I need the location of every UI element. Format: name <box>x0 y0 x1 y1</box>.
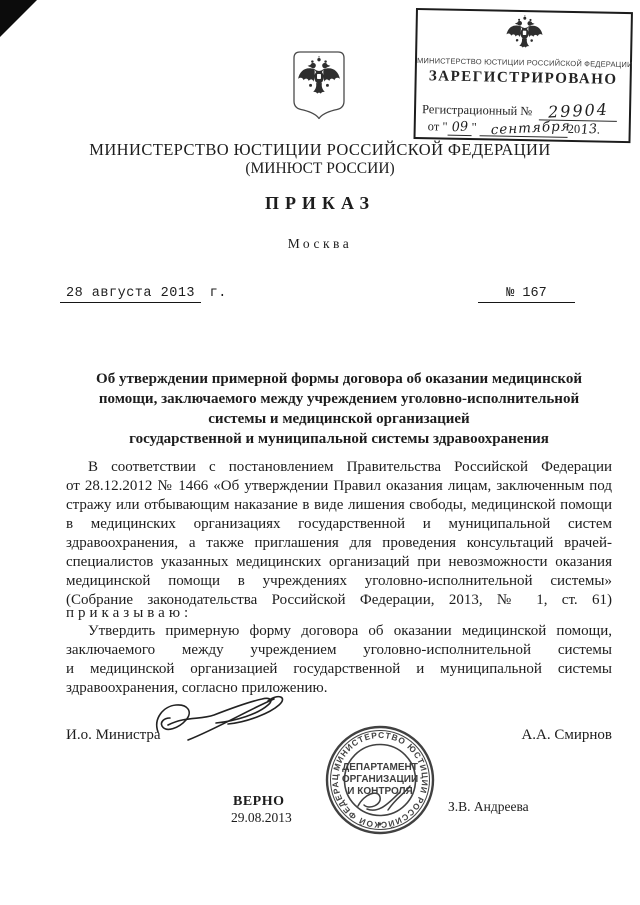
order-number: № 167 <box>478 286 575 303</box>
document-type-title: ПРИКАЗ <box>40 193 600 214</box>
body-text-line: и медицинской организацией государственн… <box>66 660 612 679</box>
stamp-year-value: 13 <box>580 122 598 138</box>
ministry-title: МИНИСТЕРСТВО ЮСТИЦИИ РОССИЙСКОЙ ФЕДЕРАЦИ… <box>40 140 600 160</box>
seal-inner-line: ДЕПАРТАМЕНТ <box>342 762 418 773</box>
order-title-line: системы и медицинской организацией <box>66 409 612 429</box>
body-text-line: от 28.12.2012 № 1466 «Об утверждении Пра… <box>66 477 612 496</box>
body-text-line: специалистов указанных медицинских орган… <box>66 553 612 572</box>
order-date: 28 августа 2013 г. <box>60 286 227 301</box>
body-text-line: в медицинских организациях государственн… <box>66 515 612 534</box>
coat-of-arms <box>289 49 349 121</box>
stamp-reg-date-row: от "09" сентября2013. <box>428 118 600 138</box>
stamp-reg-number-label: Регистрационный № <box>422 102 533 118</box>
stamp-date-from-label: от <box>428 119 440 133</box>
order-title-line: государственной и муниципальной системы … <box>66 429 612 449</box>
body-text-line: стражу или отбывающим наказание в виде л… <box>66 496 612 515</box>
stamp-coat-of-arms-icon <box>505 14 544 55</box>
registration-stamp: МИНИСТЕРСТВО ЮСТИЦИИ РОССИЙСКОЙ ФЕДЕРАЦИ… <box>413 8 632 143</box>
stamp-day-value: 09 <box>451 119 469 135</box>
body-text-line: медицинской помощи в учреждениях уголовн… <box>66 572 612 591</box>
order-title: Об утверждении примерной формы договора … <box>66 369 612 449</box>
decree-word: приказываю: <box>66 605 192 622</box>
department-seal: МИНИСТЕРСТВО ЮСТИЦИИ РОССИЙСКОЙ ФЕДЕРАЦИ… <box>322 722 438 838</box>
body-text-line: Утвердить примерную форму договора об ок… <box>66 622 612 641</box>
order-date-suffix: г. <box>210 286 227 301</box>
signer-position: И.о. Министра <box>66 727 161 744</box>
seal-inner-line: ОРГАНИЗАЦИИ <box>342 774 418 785</box>
body-text-line: заключаемого между учреждением уголовно-… <box>66 641 612 660</box>
scan-corner-artifact <box>0 0 37 37</box>
stamp-month-value: сентября <box>490 118 571 138</box>
ministry-short-title: (МИНЮСТ РОССИИ) <box>40 160 600 178</box>
minister-signature <box>148 692 316 750</box>
stamp-quote-close: " <box>471 120 476 134</box>
body-paragraph-1: В соответствии с постановлением Правител… <box>66 458 612 610</box>
order-date-underlined: 28 августа 2013 <box>60 286 201 303</box>
body-text-line: В соответствии с постановлением Правител… <box>66 458 612 477</box>
stamp-day-blank: 09 <box>447 120 471 136</box>
order-title-line: Об утверждении примерной формы договора … <box>66 369 612 389</box>
signer-name: А.А. Смирнов <box>455 727 612 744</box>
certified-true-label: ВЕРНО <box>233 794 285 810</box>
city-label: Москва <box>40 236 600 252</box>
body-paragraph-2: Утвердить примерную форму договора об ок… <box>66 622 612 698</box>
certification-date: 29.08.2013 <box>231 810 292 826</box>
body-text-line: здравоохранения, а также приглашения для… <box>66 534 612 553</box>
stamp-registered-label: ЗАРЕГИСТРИРОВАНО <box>417 68 630 89</box>
stamp-ministry-line: МИНИСТЕРСТВО ЮСТИЦИИ РОССИЙСКОЙ ФЕДЕРАЦИ… <box>417 56 630 69</box>
document-page: МИНИСТЕРСТВО ЮСТИЦИИ РОССИЙСКОЙ ФЕДЕРАЦИ… <box>0 0 640 905</box>
certifier-name: З.В. Андреева <box>448 799 578 815</box>
seal-separator-star: ✦ <box>377 820 384 829</box>
order-title-line: помощи, заключаемого между учреждением у… <box>66 389 612 409</box>
stamp-month-blank: сентября <box>480 119 568 138</box>
